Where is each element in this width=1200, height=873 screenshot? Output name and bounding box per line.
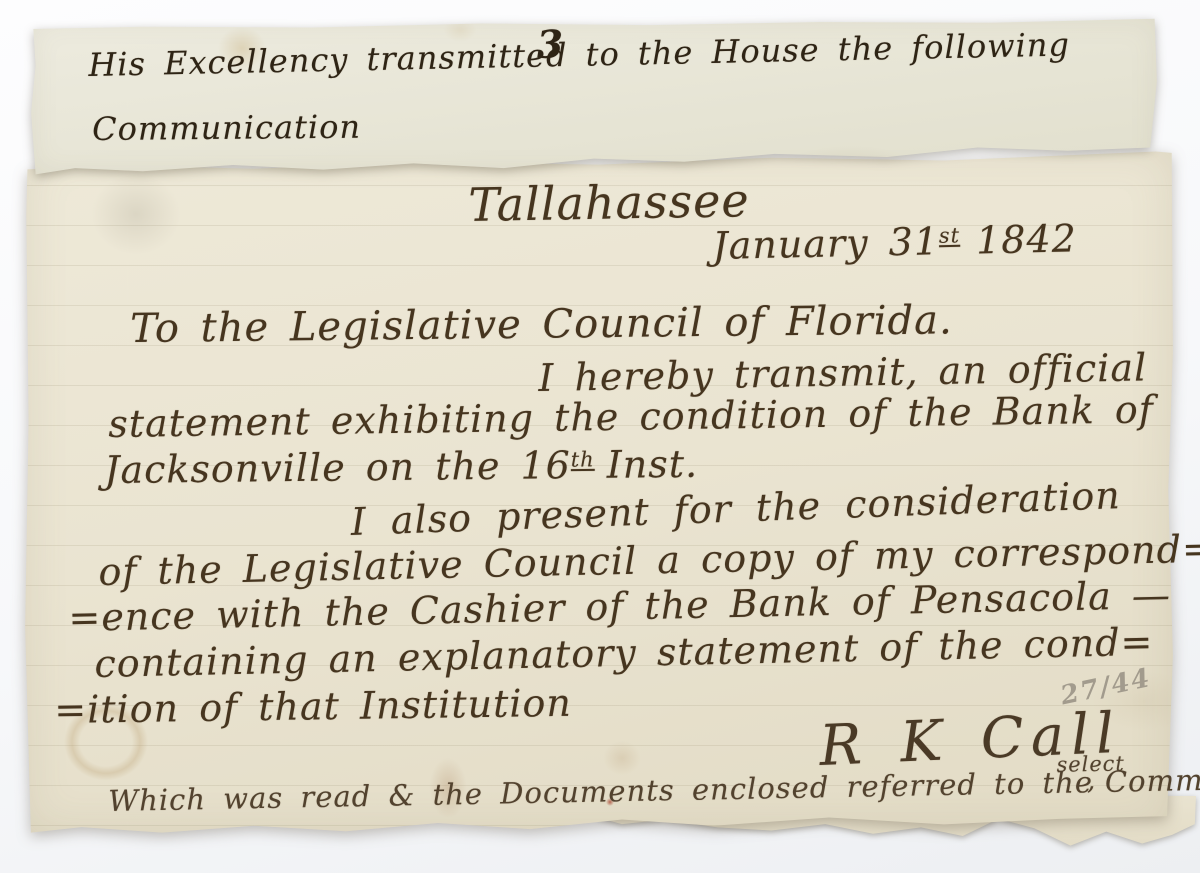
action-docket-line: Which was read & the Documents enclosed … [108,760,1200,818]
body-line-3-pre: Jacksonville on the 16 [104,443,571,492]
docket-line-1: His Excellency transmitted to the House … [88,25,1070,84]
scanned-document: 3 His Excellency transmitted to the Hous… [0,0,1200,873]
body-line-8: =ition of that Institution [54,681,572,732]
date-year: 1842 [976,216,1078,262]
salutation: To the Legislative Council of Florida. [130,297,953,352]
body-line-2: statement exhibiting the condition of th… [108,387,1154,446]
date-main: January 31 [712,219,939,268]
insertion-point: select, [1093,763,1106,792]
body-line-3-ordinal: th [571,447,595,471]
action-line-pre: Which was read & the Documents enclosed … [108,765,1093,818]
body-line-3: Jacksonville on the 16thInst. [104,442,698,492]
docket-line-2: Communication [92,108,361,148]
body-line-3-post: Inst. [606,442,698,487]
date-ordinal-suffix: st [939,223,961,247]
letter-date: January 31st1842 [712,216,1077,268]
letter-place: Tallahassee [468,173,750,232]
insertion-caret-icon: , [1087,766,1097,796]
